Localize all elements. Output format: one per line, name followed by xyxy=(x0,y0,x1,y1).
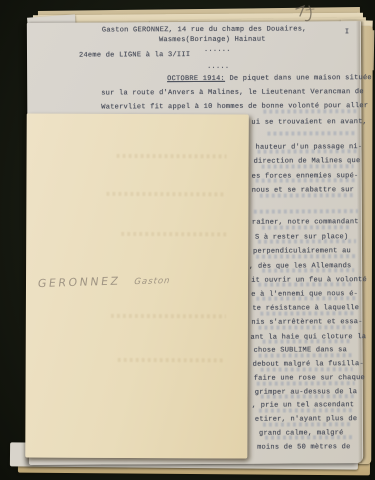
bleedthrough-trace xyxy=(267,131,355,135)
bleedthrough-trace xyxy=(258,325,354,330)
bleedthrough-trace xyxy=(262,164,354,168)
typed-line-fragment: moins de 50 mètres de xyxy=(257,442,351,452)
bleedthrough-trace xyxy=(256,254,356,259)
paragraph-first-line: OCTOBRE 1914: De piquet dans une maison … xyxy=(167,73,372,84)
bleedthrough-trace xyxy=(261,367,353,371)
bleedthrough-trace xyxy=(257,381,355,386)
bleedthrough-trace xyxy=(263,109,359,114)
bleedthrough-trace xyxy=(262,268,354,272)
regiment-line: 24eme de LIGNE à la 3/III xyxy=(79,50,190,61)
handwritten-surname: GERONNEZ xyxy=(37,275,121,291)
bleedthrough-trace xyxy=(260,311,354,315)
date-heading: OCTOBRE 1914: xyxy=(167,75,225,83)
showthrough-trace xyxy=(121,232,226,236)
bleedthrough-trace xyxy=(259,408,355,413)
handwritten-name: GERONNEZGaston xyxy=(37,266,239,291)
bleedthrough-trace xyxy=(258,282,354,287)
dots-separator: ...... xyxy=(204,45,231,55)
showthrough-trace xyxy=(111,314,226,319)
dots-separator: ..... xyxy=(207,62,229,72)
bleedthrough-trace xyxy=(256,296,356,301)
bleedthrough-trace xyxy=(258,239,356,244)
bleedthrough-trace xyxy=(261,394,355,398)
bleedthrough-trace xyxy=(263,422,353,426)
bleedthrough-trace xyxy=(254,209,358,214)
page-number: I xyxy=(345,27,350,37)
blank-overlay-page: GERONNEZGaston xyxy=(25,114,248,459)
bleedthrough-trace xyxy=(260,193,354,197)
paragraph-line: sur la route d'Anvers à Malines, le Lieu… xyxy=(101,87,364,98)
showthrough-trace xyxy=(106,192,226,197)
pencil-scribble-mark xyxy=(292,1,322,23)
showthrough-trace xyxy=(118,358,226,362)
author-address-line: Gaston GERONNEZ, 14 rue du champ des Dou… xyxy=(102,24,307,35)
bleedthrough-trace xyxy=(262,225,352,229)
typed-line-fragment: ui se trouvaient en avant, xyxy=(251,117,367,128)
photographed-document-scene: I Gaston GERONNEZ, 14 rue du champ des D… xyxy=(0,0,375,480)
bleedthrough-trace xyxy=(258,149,358,154)
bleedthrough-trace xyxy=(259,353,355,358)
showthrough-trace xyxy=(117,154,227,158)
bleedthrough-trace xyxy=(265,435,353,439)
handwritten-firstname: Gaston xyxy=(134,276,171,287)
paragraph-first-line-rest: De piquet dans une maison située xyxy=(225,74,372,83)
bleedthrough-trace xyxy=(256,178,358,183)
bleedthrough-trace xyxy=(263,339,353,343)
author-city-line: Wasmes(Borinage) Hainaut xyxy=(159,35,266,46)
